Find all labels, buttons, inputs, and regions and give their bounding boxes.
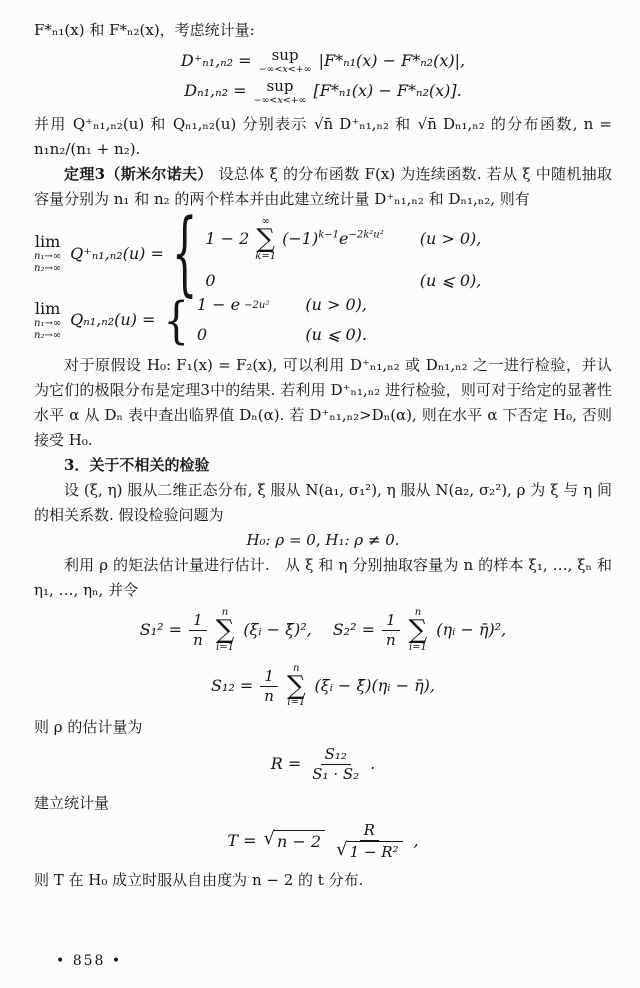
formula-block-s-squares: S₁² = 1 n n ∑ i=1 (ξᵢ − ξ̄)², S₂² = 1 n … — [34, 608, 612, 708]
fraction-denominator: n — [382, 631, 400, 650]
q-plus-case2-condition: (u ⩽ 0), — [420, 271, 482, 292]
case1-terms: (−1)k−1e−2k²u² — [282, 229, 384, 250]
q-cases: 1 − e−2u² (u > 0), 0 (u ⩽ 0). — [197, 295, 367, 346]
sigma-operator-stack: ∞ ∑ k=1 — [255, 217, 276, 262]
section3-heading: 3．关于不相关的检验 — [34, 453, 612, 478]
fraction-numerator: 1 — [382, 611, 400, 631]
formula-q-plus-limit: lim n₁→∞ n₂→∞ Q⁺ₙ₁,ₙ₂(u) = { 1 − 2 ∞ ∑ k… — [34, 217, 612, 291]
q-plus-case1-expr: 1 − 2 ∞ ∑ k=1 (−1)k−1e−2k²u² — [205, 217, 383, 262]
sigma-operator: ∑ — [409, 618, 428, 643]
one-over-n-fraction: 1 n — [382, 611, 400, 650]
sup-limits: −∞<x<+∞ — [259, 65, 312, 75]
s1-rhs: (ξᵢ − ξ̄)², — [243, 620, 311, 641]
lim-operator-stack: lim n₁→∞ n₂→∞ — [34, 234, 61, 274]
para-intro: F*ₙ₁(x) 和 F*ₙ₂(x)，考虑统计量: — [34, 18, 612, 43]
formula-t: T = √ n − 2 R √ 1 − R² , — [34, 821, 612, 862]
lim-sub1: n₁→∞ — [34, 319, 61, 329]
formula-s12: S₁₂ = 1 n n ∑ i=1 (ξᵢ − ξ̄)(ηᵢ − η̄), — [34, 664, 612, 709]
lim-sub2: n₂→∞ — [34, 264, 61, 274]
s1-lhs: S₁² = — [140, 620, 182, 641]
sqrt-n-minus-2: √ n − 2 — [264, 830, 326, 853]
sup-operator-stack: sup −∞<x<+∞ — [259, 48, 312, 75]
d-lhs: Dₙ₁,ₙ₂ = — [184, 81, 246, 102]
s12-rhs: (ξᵢ − ξ̄)(ηᵢ − η̄), — [315, 676, 435, 697]
formula-r: R = S₁₂ S₁ · S₂ . — [34, 745, 612, 784]
sigma-lower-limit: i=1 — [409, 643, 427, 653]
q-lhs: Qₙ₁,ₙ₂(u) = — [70, 310, 155, 331]
para-build-statistic: 建立统计量 — [34, 791, 612, 816]
para-theorem3: 定理3（斯米尔诺夫）设总体 ξ 的分布函数 F(x) 为连续函数. 若从 ξ 中… — [34, 162, 612, 212]
minus-one-base: (−1) — [282, 229, 318, 248]
s2-lhs: S₂² = — [333, 620, 375, 641]
radicand: n − 2 — [274, 830, 325, 853]
d-plus-lhs: D⁺ₙ₁,ₙ₂ = — [181, 51, 252, 72]
theorem3-label: 定理3（斯米尔诺夫） — [64, 165, 213, 183]
formula-block-r: R = S₁₂ S₁ · S₂ . — [34, 745, 612, 784]
spacer — [34, 657, 612, 660]
s2-rhs: (ηᵢ − η̄)², — [436, 620, 506, 641]
d-rhs: [F*ₙ₁(x) − F*ₙ₂(x)]. — [314, 81, 462, 102]
r-fraction: S₁₂ S₁ · S₂ — [308, 745, 363, 784]
fraction-denominator: n — [260, 687, 278, 706]
q-plus-cases: 1 − 2 ∞ ∑ k=1 (−1)k−1e−2k²u² (u > 0), 0 … — [205, 217, 481, 291]
one-over-n-fraction: 1 n — [189, 611, 207, 650]
s12-lhs: S₁₂ = — [211, 676, 253, 697]
r-end-punctuation: . — [370, 754, 375, 775]
sigma-lower-limit: i=1 — [216, 643, 234, 653]
sigma-lower-limit: i=1 — [287, 698, 305, 708]
r-lhs: R = — [271, 754, 302, 775]
d-plus-rhs: |F*ₙ₁(x) − F*ₙ₂(x)|, — [319, 51, 465, 72]
formula-block-t: T = √ n − 2 R √ 1 − R² , — [34, 821, 612, 862]
q-case2-expr: 0 — [197, 325, 269, 346]
sup-operator: sup — [272, 48, 299, 63]
sup-operator: sup — [267, 79, 294, 94]
e-exponent: −2k²u² — [348, 230, 383, 241]
q-plus-lhs: Q⁺ₙ₁,ₙ₂(u) = — [70, 244, 164, 265]
formula-block-d-statistics: D⁺ₙ₁,ₙ₂ = sup −∞<x<+∞ |F*ₙ₁(x) − F*ₙ₂(x)… — [34, 48, 612, 105]
para-moment-estimate: 利用 ρ 的矩法估计量进行估计. 从 ξ 和 η 分别抽取容量为 n 的样本 ξ… — [34, 553, 612, 603]
formula-s-squares: S₁² = 1 n n ∑ i=1 (ξᵢ − ξ̄)², S₂² = 1 n … — [34, 608, 612, 653]
q-case1-condition: (u > 0), — [305, 295, 367, 316]
sigma-operator: ∑ — [216, 618, 235, 643]
q-plus-case2-expr: 0 — [205, 271, 383, 292]
lim-sub2: n₂→∞ — [34, 331, 61, 341]
fraction-numerator: 1 — [189, 611, 207, 631]
para-h0-test: 对于原假设 H₀: F₁(x) = F₂(x), 可以利用 D⁺ₙ₁,ₙ₂ 或 … — [34, 353, 612, 453]
t-end-punctuation: , — [414, 831, 419, 852]
para-qfuncs: 并用 Q⁺ₙ₁,ₙ₂(u) 和 Qₙ₁,ₙ₂(u) 分别表示 √n̄ D⁺ₙ₁,… — [34, 112, 612, 162]
case1-prefix: 1 − 2 — [205, 229, 249, 250]
formula-d-plus: D⁺ₙ₁,ₙ₂ = sup −∞<x<+∞ |F*ₙ₁(x) − F*ₙ₂(x)… — [34, 48, 612, 75]
page-number: • 858 • — [56, 949, 122, 974]
para-bivariate: 设 (ξ, η) 服从二维正态分布, ξ 服从 N(a₁, σ₁²), η 服从… — [34, 478, 612, 528]
t-fraction: R √ 1 − R² — [332, 821, 406, 862]
q-plus-case1-condition: (u > 0), — [420, 229, 482, 250]
formula-q-limit: lim n₁→∞ n₂→∞ Qₙ₁,ₙ₂(u) = { 1 − e−2u² (u… — [34, 295, 612, 346]
sigma-operator-stack: n ∑ i=1 — [409, 608, 428, 653]
scanned-textbook-page: F*ₙ₁(x) 和 F*ₙ₂(x)，考虑统计量: D⁺ₙ₁,ₙ₂ = sup −… — [0, 0, 640, 988]
sup-operator-stack: sup −∞<x<+∞ — [254, 79, 307, 106]
formula-block-limits: lim n₁→∞ n₂→∞ Q⁺ₙ₁,ₙ₂(u) = { 1 − 2 ∞ ∑ k… — [34, 217, 612, 346]
cases-brace: { — [172, 208, 197, 300]
cases-brace: { — [163, 296, 188, 346]
sigma-lower-limit: k=1 — [255, 252, 276, 262]
formula-d: Dₙ₁,ₙ₂ = sup −∞<x<+∞ [F*ₙ₁(x) − F*ₙ₂(x)]… — [34, 79, 612, 106]
hypotheses-line: H₀: ρ = 0, H₁: ρ ≠ 0. — [34, 528, 612, 553]
fraction-numerator: R — [360, 821, 379, 841]
lim-operator: lim — [35, 234, 60, 250]
sigma-operator-stack: n ∑ i=1 — [216, 608, 235, 653]
fraction-numerator: S₁₂ — [321, 745, 351, 765]
para-r-estimator-intro: 则 ρ 的估计量为 — [34, 715, 612, 740]
q-case2-condition: (u ⩽ 0). — [305, 325, 367, 346]
sigma-operator: ∑ — [287, 674, 306, 699]
fraction-numerator: 1 — [260, 667, 278, 687]
fraction-denominator: n — [189, 631, 207, 650]
fraction-denominator: S₁ · S₂ — [308, 765, 363, 784]
lim-operator: lim — [35, 301, 60, 317]
one-over-n-fraction: 1 n — [260, 667, 278, 706]
para-t-distribution: 则 T 在 H₀ 成立时服从自由度为 n − 2 的 t 分布. — [34, 868, 612, 893]
t-lhs: T = — [227, 831, 256, 852]
lim-operator-stack: lim n₁→∞ n₂→∞ — [34, 301, 61, 341]
lim-sub1: n₁→∞ — [34, 252, 61, 262]
sigma-operator-stack: n ∑ i=1 — [287, 664, 306, 709]
radicand: 1 − R² — [347, 841, 403, 862]
fraction-denominator: √ 1 − R² — [332, 841, 406, 862]
sigma-operator: ∑ — [256, 227, 275, 252]
sup-limits: −∞<x<+∞ — [254, 96, 307, 106]
e-base: 1 − e — [197, 295, 240, 316]
minus-one-exponent: k−1 — [318, 230, 339, 241]
q-case1-expr: 1 − e−2u² — [197, 295, 269, 316]
